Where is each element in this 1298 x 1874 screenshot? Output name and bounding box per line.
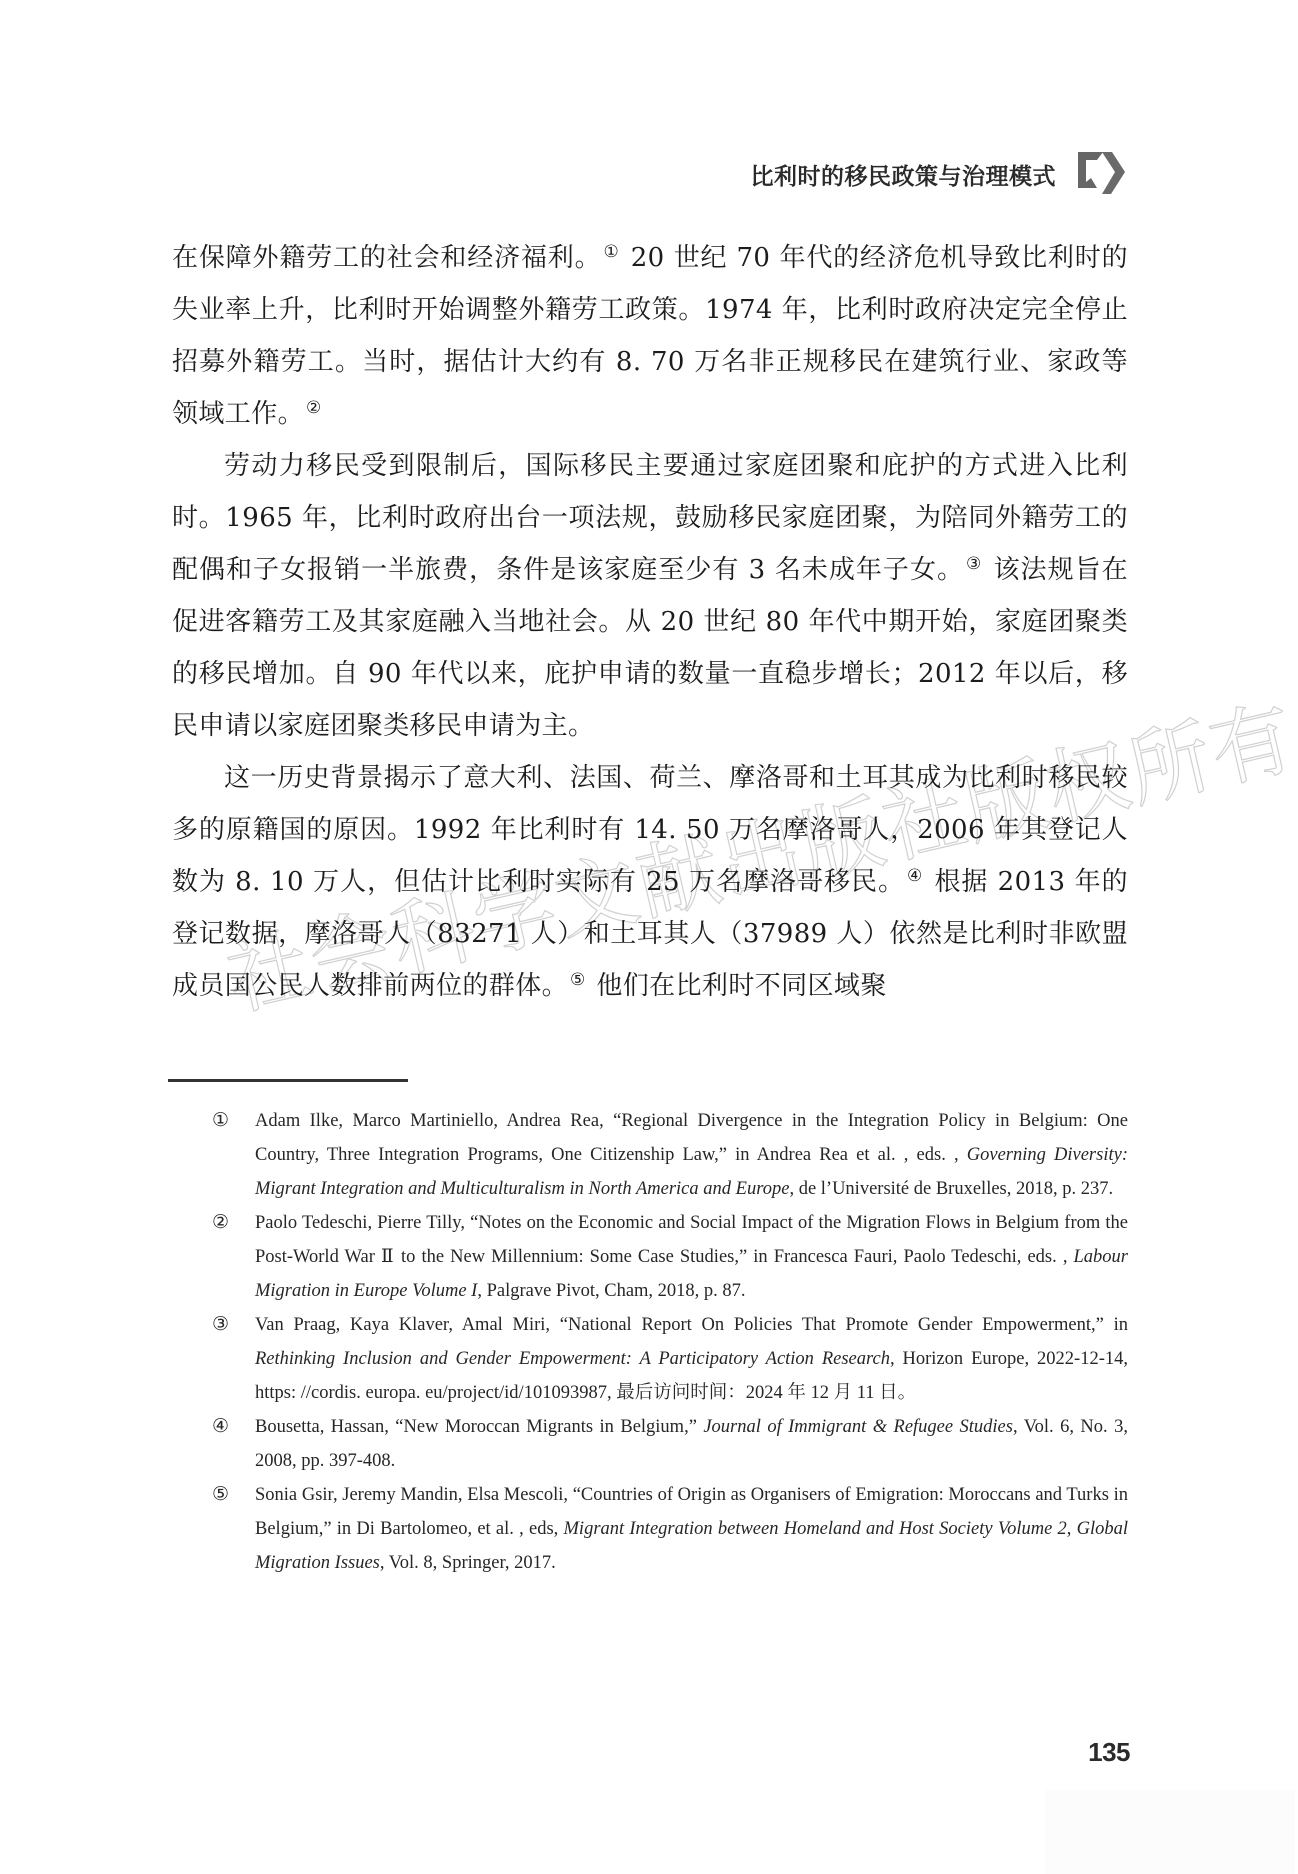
- citation-text: ,: [1067, 1519, 1077, 1539]
- faint-corner-watermark: [1045, 1790, 1295, 1874]
- body-paragraph: 劳动力移民受到限制后，国际移民主要通过家庭团聚和庇护的方式进入比利时。1965 …: [172, 440, 1128, 752]
- footnote-marker: ①: [212, 1104, 229, 1138]
- footnote-reference[interactable]: ①: [604, 242, 620, 262]
- body-text-run: 在保障外籍劳工的社会和经济福利。: [172, 243, 602, 273]
- body-text: 在保障外籍劳工的社会和经济福利。① 20 世纪 70 年代的经济危机导致比利时的…: [172, 232, 1128, 1012]
- footnote-item: ①Adam Ilke, Marco Martiniello, Andrea Re…: [212, 1104, 1128, 1206]
- chapter-bracket-chevron-icon: [1075, 148, 1127, 198]
- footnote-reference[interactable]: ②: [306, 398, 322, 418]
- footnotes: ①Adam Ilke, Marco Martiniello, Andrea Re…: [212, 1104, 1128, 1580]
- page-number: 135: [1080, 1737, 1130, 1768]
- footnote-item: ②Paolo Tedeschi, Pierre Tilly, “Notes on…: [212, 1206, 1128, 1308]
- citation-text: Bousetta, Hassan, “New Moroccan Migrants…: [255, 1417, 703, 1437]
- footnote-item: ③Van Praag, Kaya Klaver, Amal Miri, “Nat…: [212, 1308, 1128, 1410]
- footnote-marker: ⑤: [212, 1478, 229, 1512]
- running-head-title: 比利时的移民政策与治理模式: [700, 158, 1056, 191]
- citation-text: Paolo Tedeschi, Pierre Tilly, “Notes on …: [255, 1213, 1128, 1267]
- citation-text: Van Praag, Kaya Klaver, Amal Miri, “Nati…: [255, 1315, 1128, 1335]
- footnote-item: ④Bousetta, Hassan, “New Moroccan Migrant…: [212, 1410, 1128, 1478]
- citation-title: Journal of Immigrant & Refugee Studies: [703, 1417, 1013, 1437]
- citation-text: , de l’Université de Bruxelles, 2018, p.…: [789, 1179, 1113, 1199]
- footnote-reference[interactable]: ⑤: [570, 970, 586, 990]
- citation-title: Rethinking Inclusion and Gender Empowerm…: [255, 1349, 890, 1369]
- footnote-separator: [168, 1079, 408, 1082]
- footnote-reference[interactable]: ③: [966, 554, 982, 574]
- citation-title: Migrant Integration between Homeland and…: [564, 1519, 1067, 1539]
- footnote-reference[interactable]: ④: [907, 866, 923, 886]
- citation-text: , Vol. 8, Springer, 2017.: [380, 1553, 556, 1573]
- citation-text: , Palgrave Pivot, Cham, 2018, p. 87.: [477, 1281, 745, 1301]
- footnote-marker: ③: [212, 1308, 229, 1342]
- footnote-item: ⑤Sonia Gsir, Jeremy Mandin, Elsa Mescoli…: [212, 1478, 1128, 1580]
- footnote-marker: ②: [212, 1206, 229, 1240]
- body-paragraph: 在保障外籍劳工的社会和经济福利。① 20 世纪 70 年代的经济危机导致比利时的…: [172, 232, 1128, 440]
- footnote-marker: ④: [212, 1410, 229, 1444]
- body-text-run: 他们在比利时不同区域聚: [588, 971, 887, 1001]
- body-paragraph: 这一历史背景揭示了意大利、法国、荷兰、摩洛哥和土耳其成为比利时移民较多的原籍国的…: [172, 752, 1128, 1012]
